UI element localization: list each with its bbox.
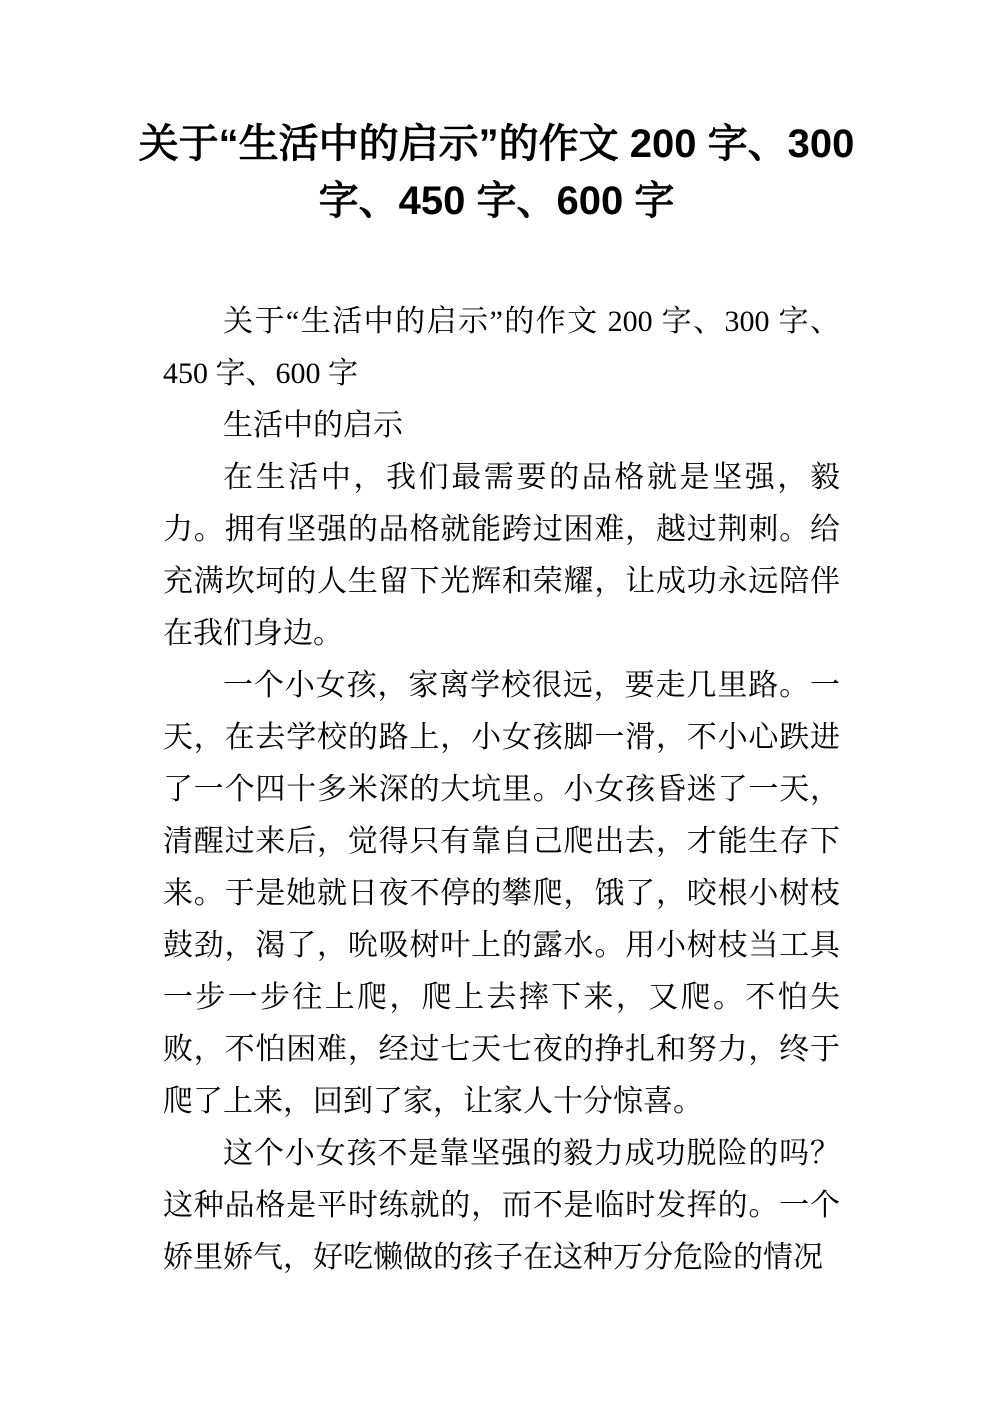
document-title: 关于“生活中的启示”的作文 200 字、300 字、450 字、600 字 (117, 116, 877, 230)
paragraph: 在生活中，我们最需要的品格就是坚强，毅力。拥有坚强的品格就能跨过困难，越过荆刺。… (163, 452, 840, 660)
document-page: 关于“生活中的启示”的作文 200 字、300 字、450 字、600 字 关于… (0, 0, 993, 1404)
document-body: 关于“生活中的启示”的作文 200 字、300 字、450 字、600 字生活中… (163, 296, 840, 1284)
paragraph: 一个小女孩，家离学校很远，要走几里路。一天，在去学校的路上，小女孩脚一滑，不小心… (163, 660, 840, 1128)
paragraph: 这个小女孩不是靠坚强的毅力成功脱险的吗？这种品格是平时练就的，而不是临时发挥的。… (163, 1128, 840, 1284)
paragraph: 生活中的启示 (163, 400, 840, 452)
paragraph: 关于“生活中的启示”的作文 200 字、300 字、450 字、600 字 (163, 296, 840, 400)
